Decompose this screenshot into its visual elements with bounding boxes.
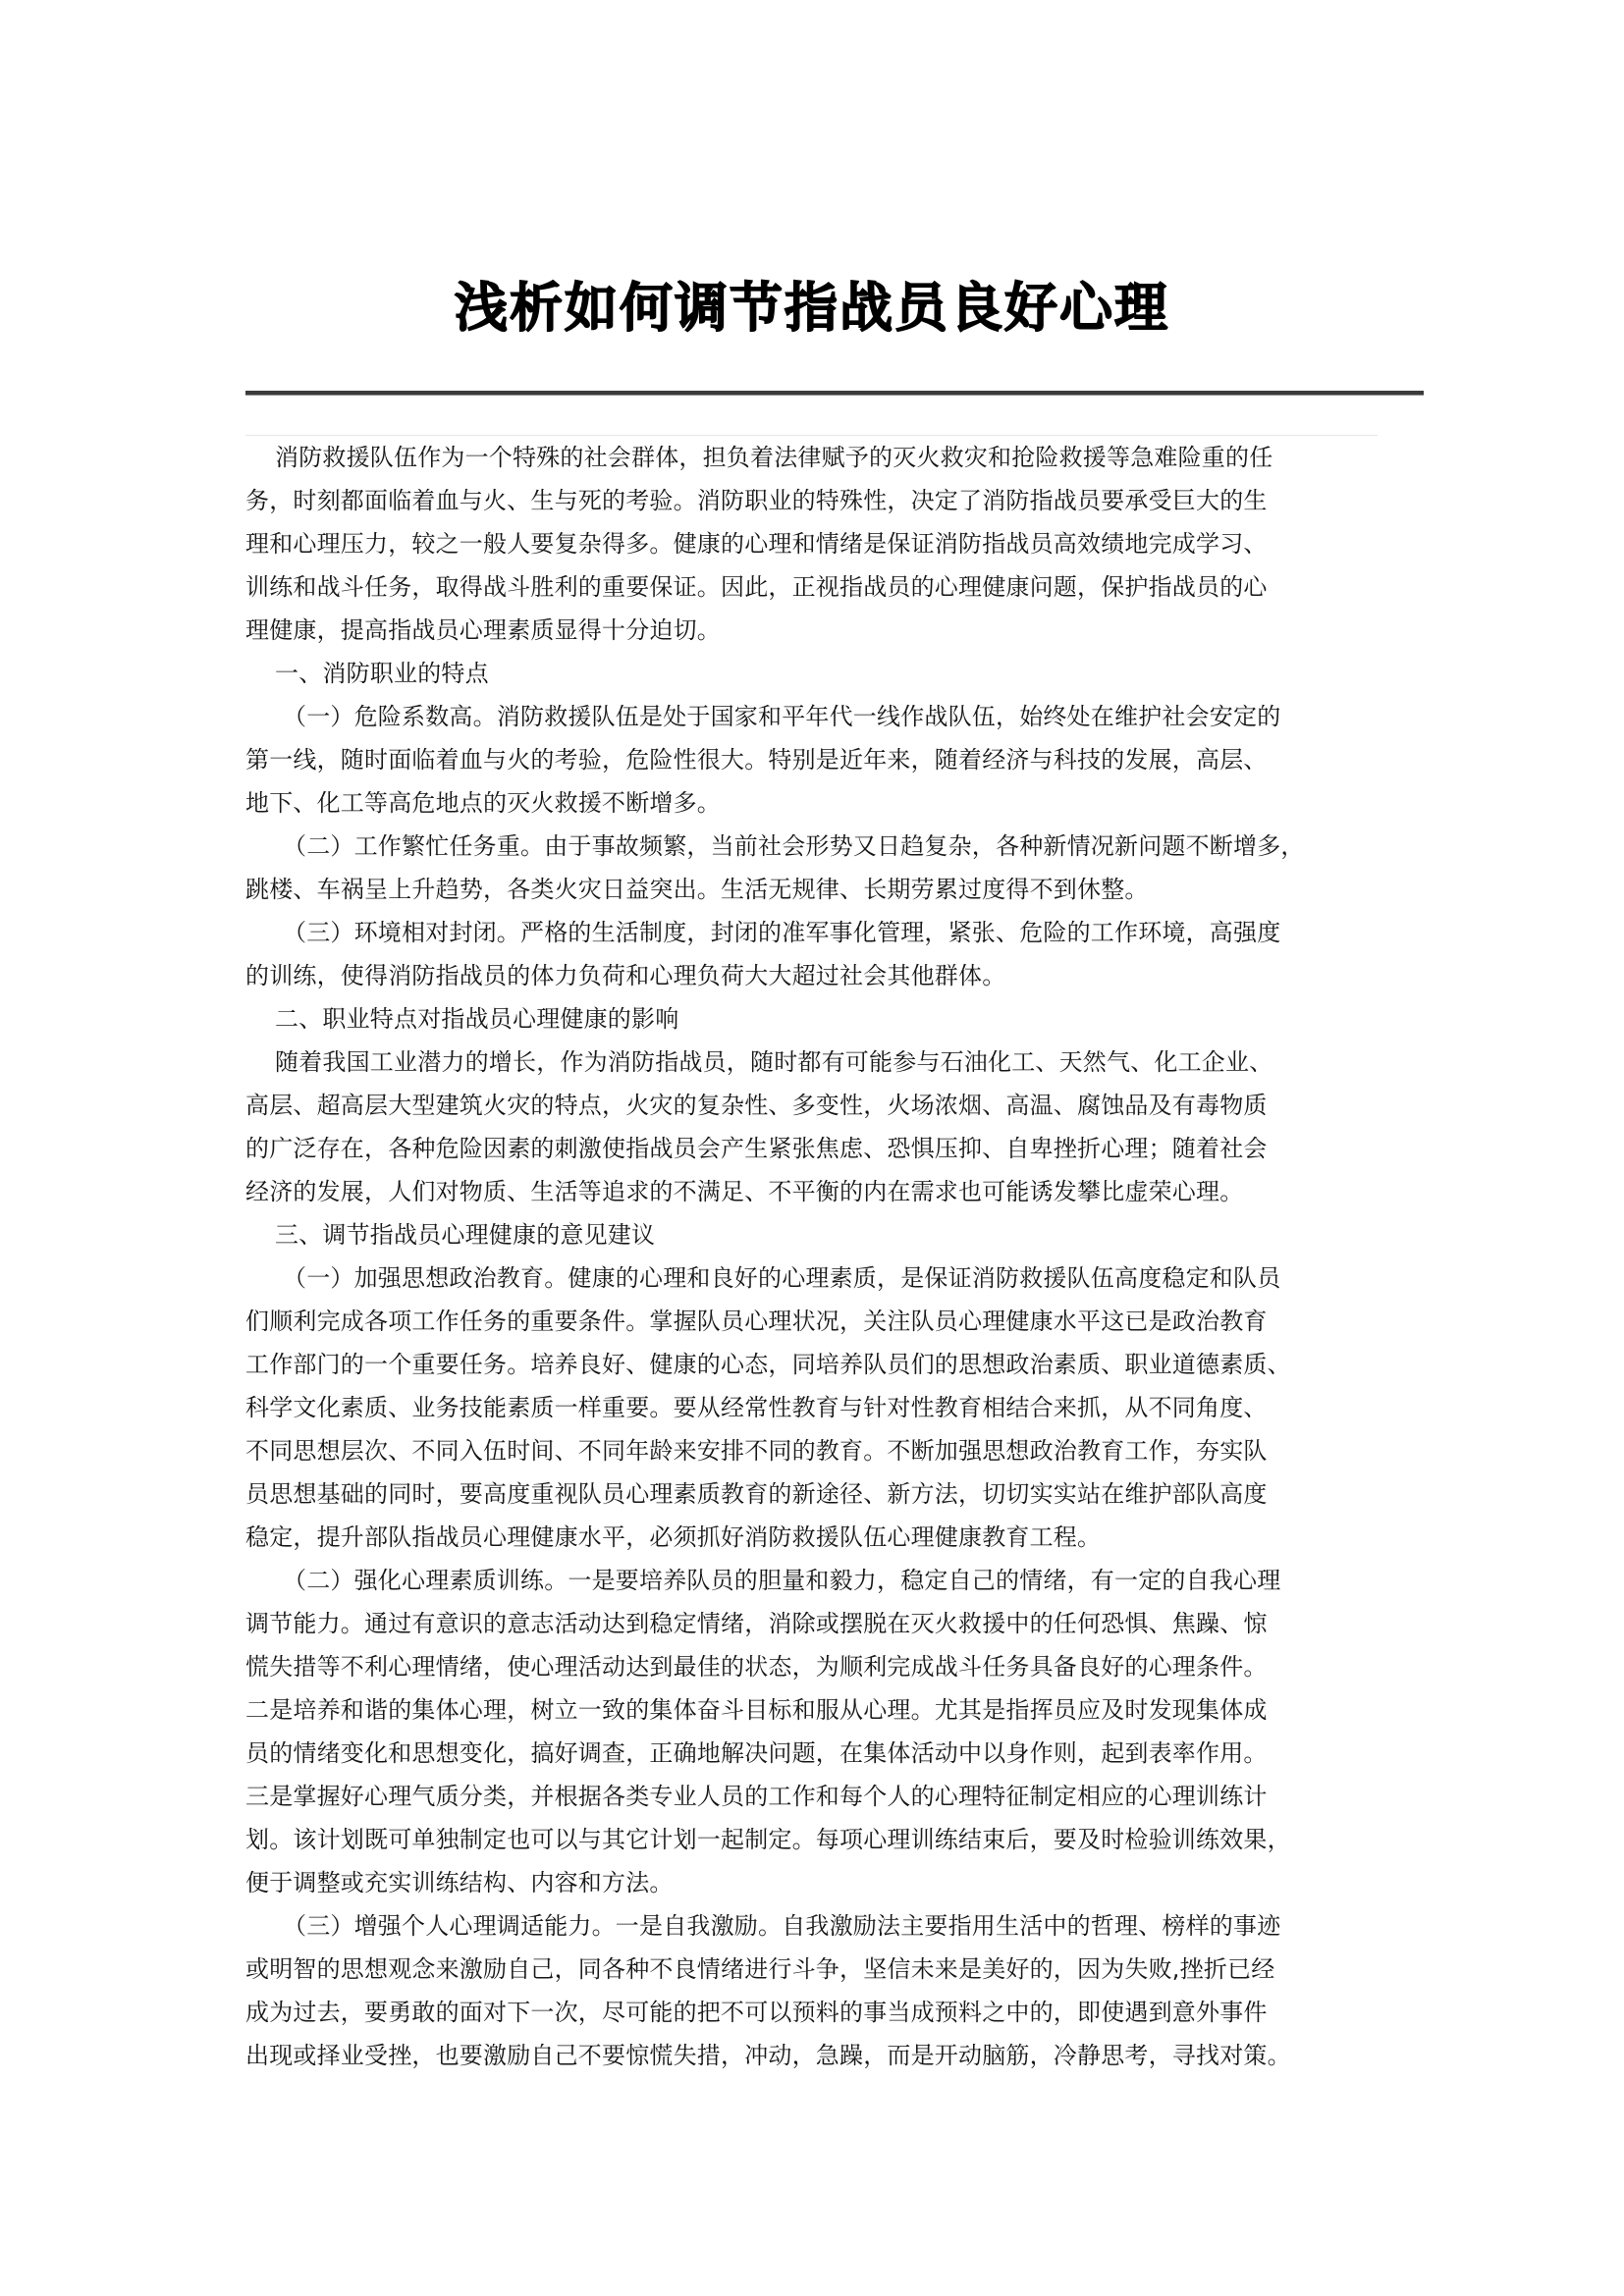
text-line: 们顺利完成各项工作任务的重要条件。掌握队员心理状况，关注队员心理健康水平这已是政… bbox=[245, 1300, 1384, 1343]
text-line: 随着我国工业潜力的增长，作为消防指战员，随时都有可能参与石油化工、天然气、化工企… bbox=[245, 1041, 1384, 1084]
text-line: 务，时刻都面临着血与火、生与死的考验。消防职业的特殊性，决定了消防指战员要承受巨… bbox=[245, 479, 1384, 522]
text-line: 理和心理压力，较之一般人要复杂得多。健康的心理和情绪是保证消防指战员高效绩地完成… bbox=[245, 522, 1384, 565]
paragraph-2-1: 随着我国工业潜力的增长，作为消防指战员，随时都有可能参与石油化工、天然气、化工企… bbox=[245, 1041, 1384, 1213]
intro-paragraph: 消防救援队伍作为一个特殊的社会群体，担负着法律赋予的灭火救灾和抢险救援等急难险重… bbox=[245, 436, 1384, 652]
paragraph-3-3: （三）增强个人心理调适能力。一是自我激励。自我激励法主要指用生活中的哲理、榜样的… bbox=[245, 1904, 1384, 2077]
text-line: 慌失措等不利心理情绪，使心理活动达到最佳的状态，为顺利完成战斗任务具备良好的心理… bbox=[245, 1645, 1384, 1688]
text-line: 地下、化工等高危地点的灭火救援不断增多。 bbox=[245, 781, 1384, 825]
text-line: 跳楼、车祸呈上升趋势，各类火灾日益突出。生活无规律、长期劳累过度得不到休整。 bbox=[245, 868, 1384, 911]
document-body: 消防救援队伍作为一个特殊的社会群体，担负着法律赋予的灭火救灾和抢险救援等急难险重… bbox=[245, 436, 1384, 2077]
text-line: （三）环境相对封闭。严格的生活制度，封闭的准军事化管理，紧张、危险的工作环境，高… bbox=[245, 911, 1384, 954]
section-heading: 二、职业特点对指战员心理健康的影响 bbox=[245, 997, 1384, 1041]
text-line: （一）加强思想政治教育。健康的心理和良好的心理素质，是保证消防救援队伍高度稳定和… bbox=[245, 1256, 1384, 1300]
text-line: 的广泛存在，各种危险因素的刺激使指战员会产生紧张焦虑、恐惧压抑、自卑挫折心理；随… bbox=[245, 1127, 1384, 1170]
text-line: （一）危险系数高。消防救援队伍是处于国家和平年代一线作战队伍，始终处在维护社会安… bbox=[245, 695, 1384, 738]
section-heading-2: 二、职业特点对指战员心理健康的影响 bbox=[245, 997, 1384, 1041]
text-line: 或明智的思想观念来激励自己，同各种不良情绪进行斗争，坚信未来是美好的，因为失败,… bbox=[245, 1948, 1384, 1991]
paragraph-1-2: （二）工作繁忙任务重。由于事故频繁，当前社会形势又日趋复杂，各种新情况新问题不断… bbox=[245, 825, 1384, 911]
text-line: 不同思想层次、不同入伍时间、不同年龄来安排不同的教育。不断加强思想政治教育工作，… bbox=[245, 1429, 1384, 1472]
text-line: （二）强化心理素质训练。一是要培养队员的胆量和毅力，稳定自己的情绪，有一定的自我… bbox=[245, 1559, 1384, 1602]
paragraph-1-3: （三）环境相对封闭。严格的生活制度，封闭的准军事化管理，紧张、危险的工作环境，高… bbox=[245, 911, 1384, 997]
section-heading-3: 三、调节指战员心理健康的意见建议 bbox=[245, 1213, 1384, 1256]
text-line: 员思想基础的同时，要高度重视队员心理素质教育的新途径、新方法，切切实实站在维护部… bbox=[245, 1472, 1384, 1516]
paragraph-3-2: （二）强化心理素质训练。一是要培养队员的胆量和毅力，稳定自己的情绪，有一定的自我… bbox=[245, 1559, 1384, 1904]
text-line: 训练和战斗任务，取得战斗胜利的重要保证。因此，正视指战员的心理健康问题，保护指战… bbox=[245, 565, 1384, 609]
text-line: 的训练，使得消防指战员的体力负荷和心理负荷大大超过社会其他群体。 bbox=[245, 954, 1384, 997]
paragraph-1-1: （一）危险系数高。消防救援队伍是处于国家和平年代一线作战队伍，始终处在维护社会安… bbox=[245, 695, 1384, 825]
text-line: 科学文化素质、业务技能素质一样重要。要从经常性教育与针对性教育相结合来抓，从不同… bbox=[245, 1386, 1384, 1429]
document-title: 浅析如何调节指战员良好心理 bbox=[0, 275, 1624, 342]
section-heading: 一、消防职业的特点 bbox=[245, 652, 1384, 695]
section-heading: 三、调节指战员心理健康的意见建议 bbox=[245, 1213, 1384, 1256]
paragraph-3-1: （一）加强思想政治教育。健康的心理和良好的心理素质，是保证消防救援队伍高度稳定和… bbox=[245, 1256, 1384, 1559]
text-line: （二）工作繁忙任务重。由于事故频繁，当前社会形势又日趋复杂，各种新情况新问题不断… bbox=[245, 825, 1384, 868]
text-line: 划。该计划既可单独制定也可以与其它计划一起制定。每项心理训练结束后，要及时检验训… bbox=[245, 1818, 1384, 1861]
text-line: 理健康，提高指战员心理素质显得十分迫切。 bbox=[245, 609, 1384, 652]
text-line: 成为过去，要勇敢的面对下一次，尽可能的把不可以预料的事当成预料之中的，即使遇到意… bbox=[245, 1991, 1384, 2034]
text-line: 第一线，随时面临着血与火的考验，危险性很大。特别是近年来，随着经济与科技的发展，… bbox=[245, 738, 1384, 781]
text-line: 经济的发展，人们对物质、生活等追求的不满足、不平衡的内在需求也可能诱发攀比虚荣心… bbox=[245, 1170, 1384, 1213]
title-divider bbox=[245, 391, 1424, 396]
text-line: 消防救援队伍作为一个特殊的社会群体，担负着法律赋予的灭火救灾和抢险救援等急难险重… bbox=[245, 436, 1384, 479]
text-line: 调节能力。通过有意识的意志活动达到稳定情绪，消除或摆脱在灭火救援中的任何恐惧、焦… bbox=[245, 1602, 1384, 1645]
document-page: 浅析如何调节指战员良好心理 消防救援队伍作为一个特殊的社会群体，担负着法律赋予的… bbox=[0, 0, 1624, 2296]
text-line: 高层、超高层大型建筑火灾的特点，火灾的复杂性、多变性，火场浓烟、高温、腐蚀品及有… bbox=[245, 1084, 1384, 1127]
text-line: （三）增强个人心理调适能力。一是自我激励。自我激励法主要指用生活中的哲理、榜样的… bbox=[245, 1904, 1384, 1948]
section-heading-1: 一、消防职业的特点 bbox=[245, 652, 1384, 695]
text-line: 便于调整或充实训练结构、内容和方法。 bbox=[245, 1861, 1384, 1904]
text-line: 稳定，提升部队指战员心理健康水平，必须抓好消防救援队伍心理健康教育工程。 bbox=[245, 1516, 1384, 1559]
text-line: 三是掌握好心理气质分类，并根据各类专业人员的工作和每个人的心理特征制定相应的心理… bbox=[245, 1775, 1384, 1818]
text-line: 工作部门的一个重要任务。培养良好、健康的心态，同培养队员们的思想政治素质、职业道… bbox=[245, 1343, 1384, 1386]
text-line: 员的情绪变化和思想变化，搞好调查，正确地解决问题，在集体活动中以身作则，起到表率… bbox=[245, 1732, 1384, 1775]
text-line: 二是培养和谐的集体心理，树立一致的集体奋斗目标和服从心理。尤其是指挥员应及时发现… bbox=[245, 1688, 1384, 1732]
text-line: 出现或择业受挫，也要激励自己不要惊慌失措，冲动，急躁，而是开动脑筋，冷静思考，寻… bbox=[245, 2034, 1384, 2077]
